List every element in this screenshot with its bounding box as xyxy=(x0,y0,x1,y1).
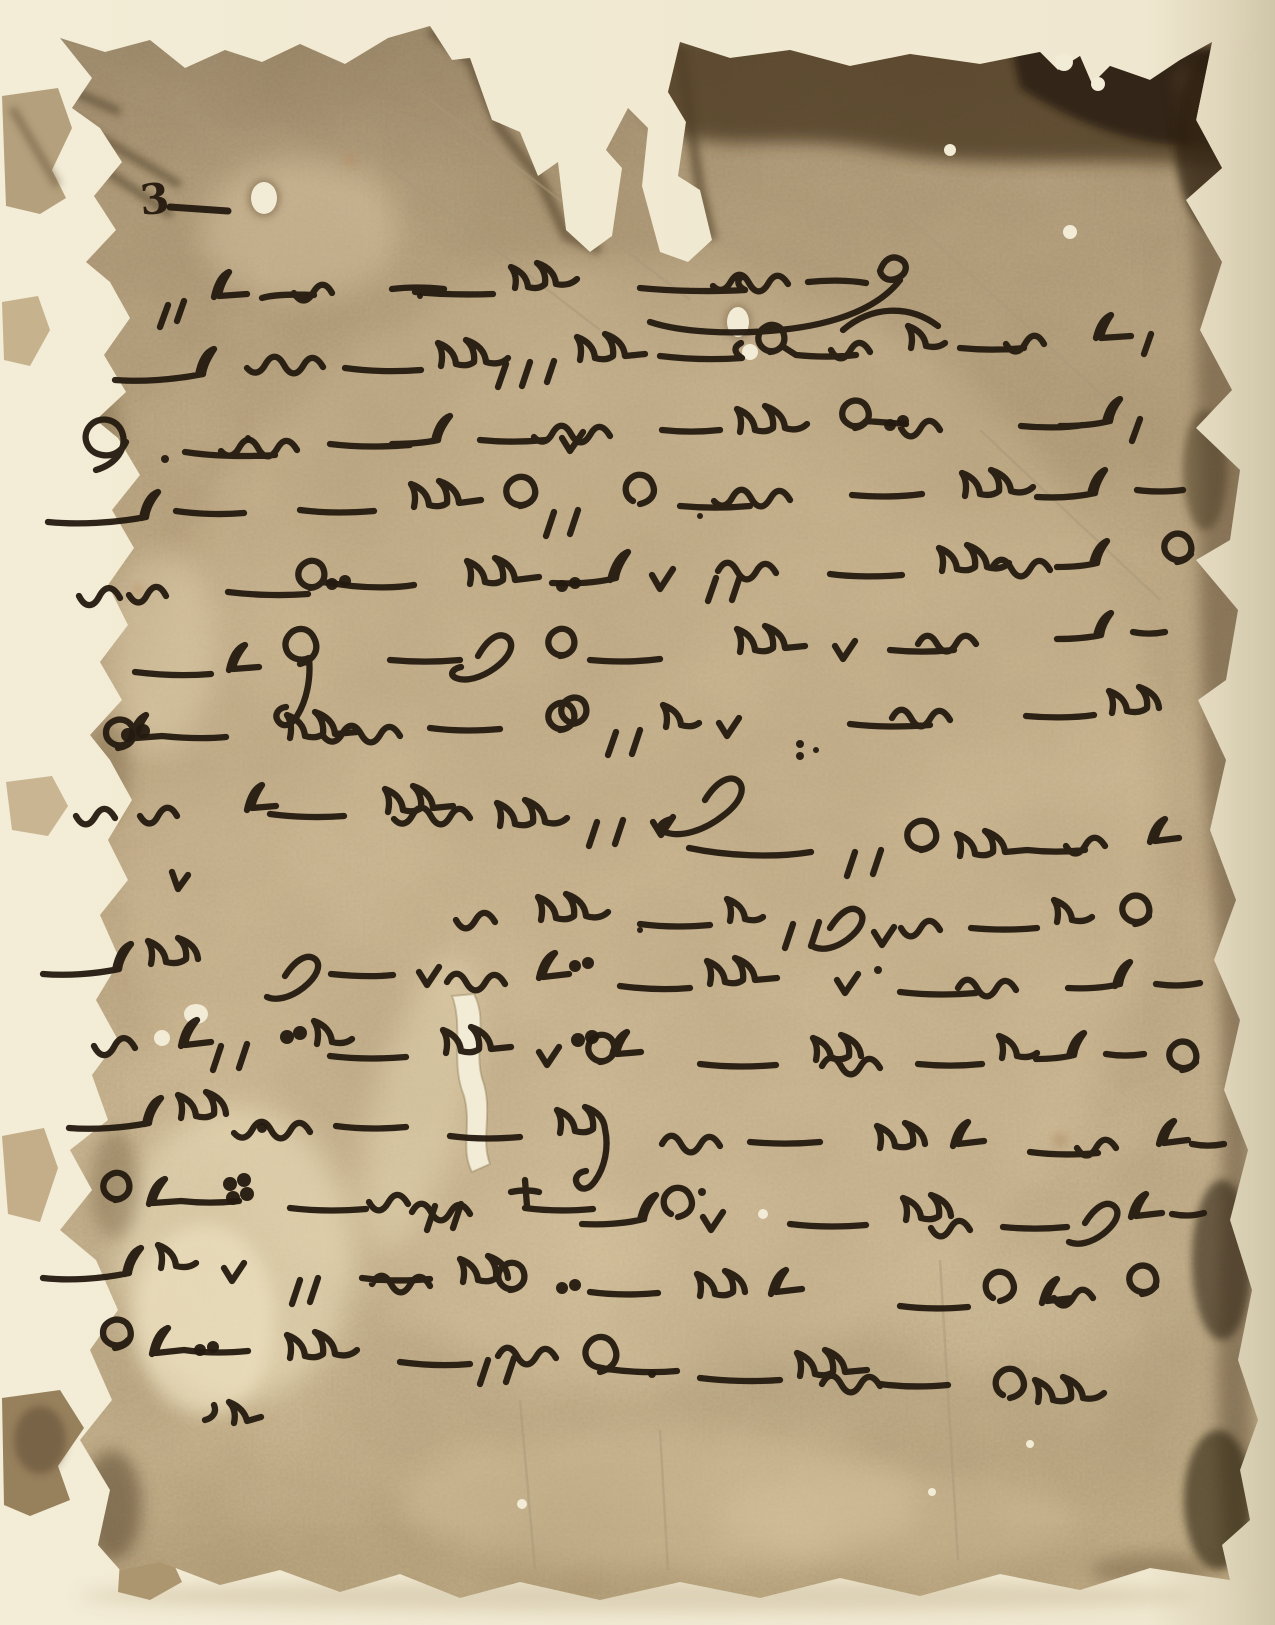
foxing-spot xyxy=(1052,1132,1068,1148)
manuscript-canvas: 3 xyxy=(0,0,1275,1625)
folio-mark-dash xyxy=(170,207,228,211)
worn-patch xyxy=(135,1225,275,1415)
manuscript-photo: 3 xyxy=(0,0,1275,1625)
paper-texture-and-stains xyxy=(0,0,1275,1625)
foxing-spot xyxy=(132,584,144,596)
worn-patch xyxy=(200,160,400,300)
foxing-spot xyxy=(343,153,357,167)
folio-number: 3 xyxy=(138,173,171,224)
worn-patch xyxy=(720,1470,1080,1570)
